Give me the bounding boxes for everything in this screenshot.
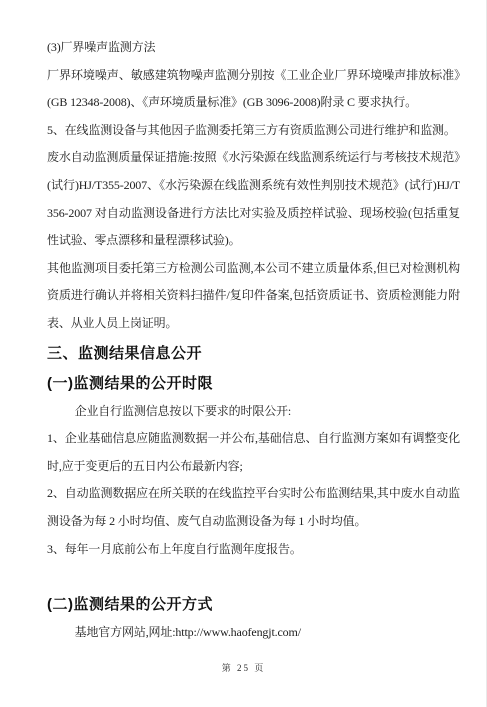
paragraph-item-2: 2、自动监测数据应在所关联的在线监控平台实时公布监测结果,其中废水自动监测设备为… (47, 480, 460, 535)
paragraph-item-3: 3、每年一月底前公布上年度自行监测年度报告。 (47, 536, 460, 564)
paragraph-website-url: 基地官方网站,网址:http://www.haofengjt.com/ (47, 619, 460, 647)
subsection-noise-method-title: (3)厂界噪声监测方法 (47, 34, 460, 62)
paragraph-online-monitoring: 5、在线监测设备与其他因子监测委托第三方有资质监测公司进行维护和监测。 (47, 117, 460, 145)
paragraph-disclosure-intro: 企业自行监测信息按以下要求的时限公开: (47, 398, 460, 426)
paragraph-wastewater-qa: 废水自动监测质量保证措施:按照《水污染源在线监测系统运行与考核技术规范》(试行)… (47, 144, 460, 254)
paragraph-noise-standards: 厂界环境噪声、敏感建筑物噪声监测分别按《工业企业厂界环境噪声排放标准》(GB 1… (47, 62, 460, 117)
subsection-heading-method: (二)监测结果的公开方式 (47, 591, 460, 619)
document-content: (3)厂界噪声监测方法 厂界环境噪声、敏感建筑物噪声监测分别按《工业企业厂界环境… (0, 0, 487, 647)
paragraph-item-1: 1、企业基础信息应随监测数据一并公布,基础信息、自行监测方案如有调整变化时,应于… (47, 425, 460, 480)
subsection-heading-time-limit: (一)监测结果的公开时限 (47, 370, 460, 398)
section-heading-disclosure: 三、监测结果信息公开 (47, 340, 460, 368)
page-footer: 第 25 页 (0, 661, 487, 674)
document-page: (3)厂界噪声监测方法 厂界环境噪声、敏感建筑物噪声监测分别按《工业企业厂界环境… (0, 0, 487, 707)
paragraph-third-party: 其他监测项目委托第三方检测公司监测,本公司不建立质量体系,但已对检测机构资质进行… (47, 255, 460, 338)
